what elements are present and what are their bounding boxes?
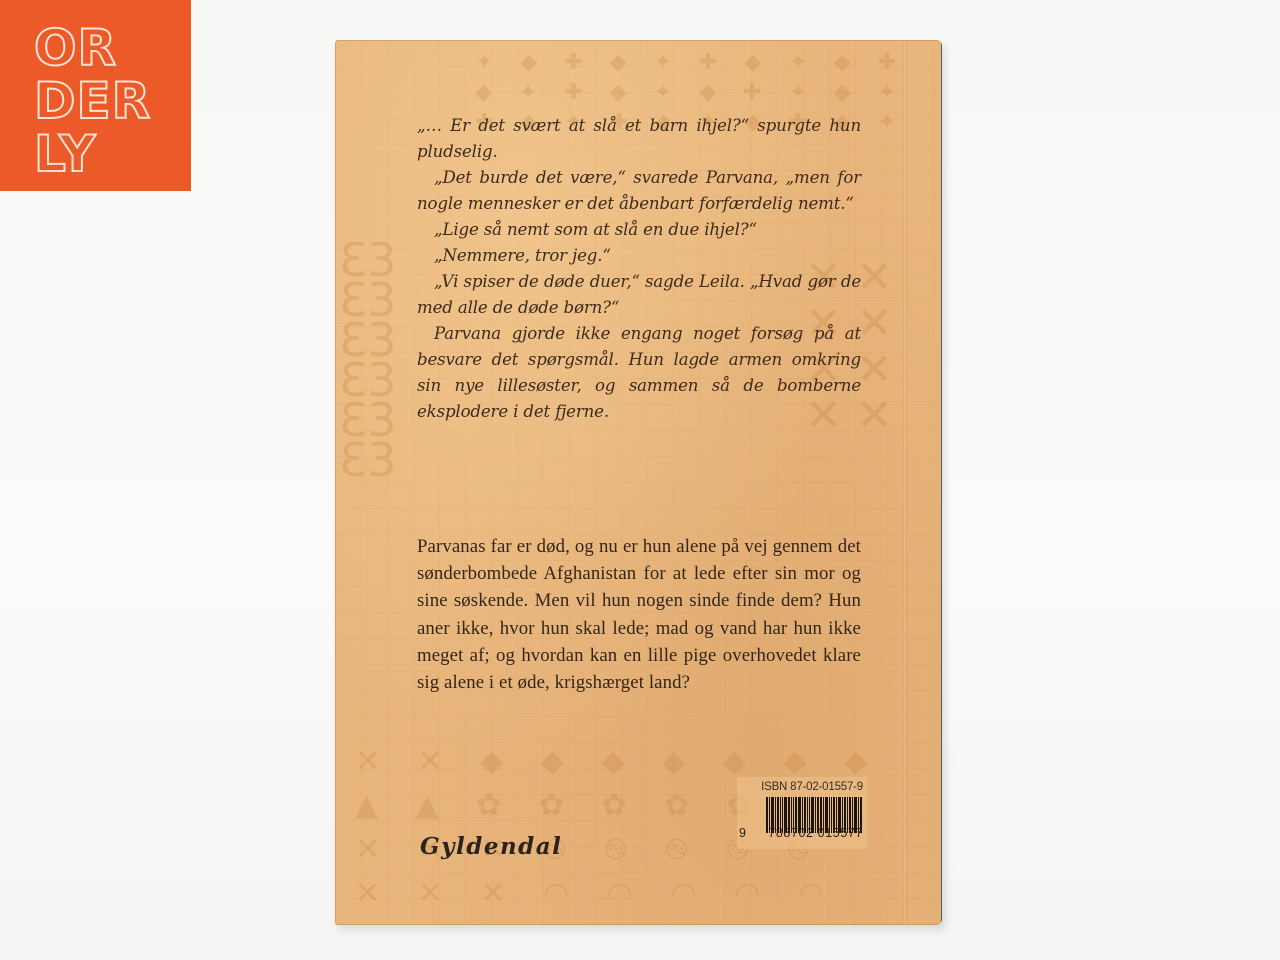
quote-paragraph: „Nemmere, tror jeg.“ (417, 243, 861, 269)
quote-paragraph: „Vi spiser de døde duer,“ sagde Leila. „… (417, 269, 861, 321)
book-edge (941, 42, 942, 922)
excerpt-quote: „… Er det svært at slå et barn ihjel?“ s… (417, 113, 861, 425)
ean-number: 9 788702 015577 (741, 827, 863, 839)
logo-line-3: LY (34, 128, 191, 181)
logo-line-1: OR (34, 22, 191, 75)
product-photo: OR DER LY ✦ ◆ ✚ ◆ ✦ ✚ ◆ ✦ ◆ ✚ ◆ ✦ ✚ ◆ ✦ … (0, 0, 1280, 960)
ean-digits-rest: 788702 015577 (768, 826, 863, 840)
blurb-text: Parvanas far er død, og nu er hun alene … (417, 533, 861, 696)
quote-paragraph: Parvana gjorde ikke engang noget forsøg … (417, 321, 861, 425)
logo-line-2: DER (34, 75, 191, 128)
book-back-cover: ✦ ◆ ✚ ◆ ✦ ✚ ◆ ✦ ◆ ✚ ◆ ✦ ✚ ◆ ✦ ◆ ✚ ✦ ◆ ✦ … (335, 40, 942, 925)
orderly-logo: OR DER LY (0, 0, 191, 191)
book-spine-hinge (903, 40, 906, 925)
quote-paragraph: „Lige så nemt som at slå en due ihjel?“ (417, 217, 861, 243)
publisher-logo: Gyldendal (420, 833, 562, 860)
isbn-label: ISBN 87-02-01557-9 (741, 781, 863, 794)
book-blurb: Parvanas far er død, og nu er hun alene … (417, 533, 861, 696)
quote-paragraph: „… Er det svært at slå et barn ihjel?“ s… (417, 113, 861, 165)
decorative-scroll-pattern-icon: Ɛ3 Ɛ3 Ɛ3 Ɛ3 Ɛ3 Ɛ3 (339, 240, 397, 480)
quote-paragraph: „Det burde det være,“ svarede Parvana, „… (417, 165, 861, 217)
ean-lead-digit: 9 (739, 827, 747, 839)
isbn-barcode: ISBN 87-02-01557-9 9 788702 015577 (737, 777, 867, 849)
